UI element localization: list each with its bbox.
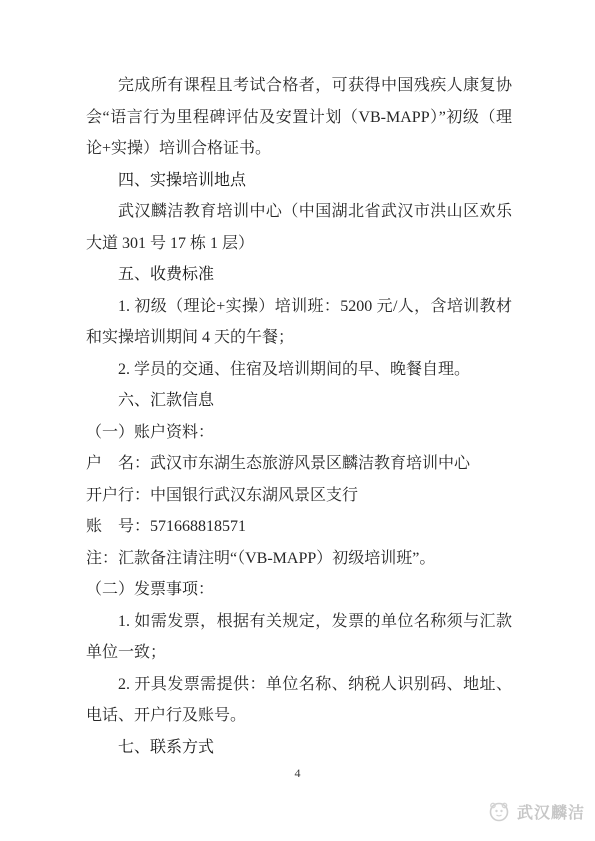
watermark-text: 武汉麟洁 bbox=[517, 800, 585, 823]
paragraph-invoice-item-1: 1. 如需发票，根据有关规定，发票的单位名称须与汇款单位一致； bbox=[86, 606, 512, 669]
page-number: 4 bbox=[0, 766, 595, 781]
linjie-panda-logo-icon bbox=[487, 799, 511, 823]
paragraph-training-address: 武汉麟洁教育培训中心（中国湖北省武汉市洪山区欢乐大道 301 号 17 栋 1 … bbox=[86, 196, 512, 259]
line-account-number: 账 号：571668818571 bbox=[86, 511, 512, 543]
line-remittance-note: 注：汇款备注请注明“（VB-MAPP）初级培训班”。 bbox=[86, 543, 512, 575]
document-content: 完成所有课程且考试合格者，可获得中国残疾人康复协会“语言行为里程碑评估及安置计划… bbox=[86, 70, 512, 763]
paragraph-certificate-info: 完成所有课程且考试合格者，可获得中国残疾人康复协会“语言行为里程碑评估及安置计划… bbox=[86, 70, 512, 165]
subheading-invoice-matters: （二）发票事项： bbox=[86, 574, 512, 606]
paragraph-invoice-item-2: 2. 开具发票需提供：单位名称、纳税人识别码、地址、电话、开户行及账号。 bbox=[86, 669, 512, 732]
heading-section-6-remittance-info: 六、汇款信息 bbox=[86, 385, 512, 417]
subheading-account-info: （一）账户资料： bbox=[86, 417, 512, 449]
heading-section-4-training-location: 四、实操培训地点 bbox=[86, 165, 512, 197]
watermark: 武汉麟洁 bbox=[487, 799, 585, 823]
paragraph-fee-item-2: 2. 学员的交通、住宿及培训期间的早、晚餐自理。 bbox=[86, 354, 512, 386]
line-account-name: 户 名：武汉市东湖生态旅游风景区麟洁教育培训中心 bbox=[86, 448, 512, 480]
heading-section-7-contact: 七、联系方式 bbox=[86, 732, 512, 764]
heading-section-5-fee-standard: 五、收费标准 bbox=[86, 259, 512, 291]
paragraph-fee-item-1: 1. 初级（理论+实操）培训班：5200 元/人，含培训教材和实操培训期间 4 … bbox=[86, 291, 512, 354]
document-page: 完成所有课程且考试合格者，可获得中国残疾人康复协会“语言行为里程碑评估及安置计划… bbox=[0, 0, 595, 841]
line-bank-name: 开户行：中国银行武汉东湖风景区支行 bbox=[86, 480, 512, 512]
